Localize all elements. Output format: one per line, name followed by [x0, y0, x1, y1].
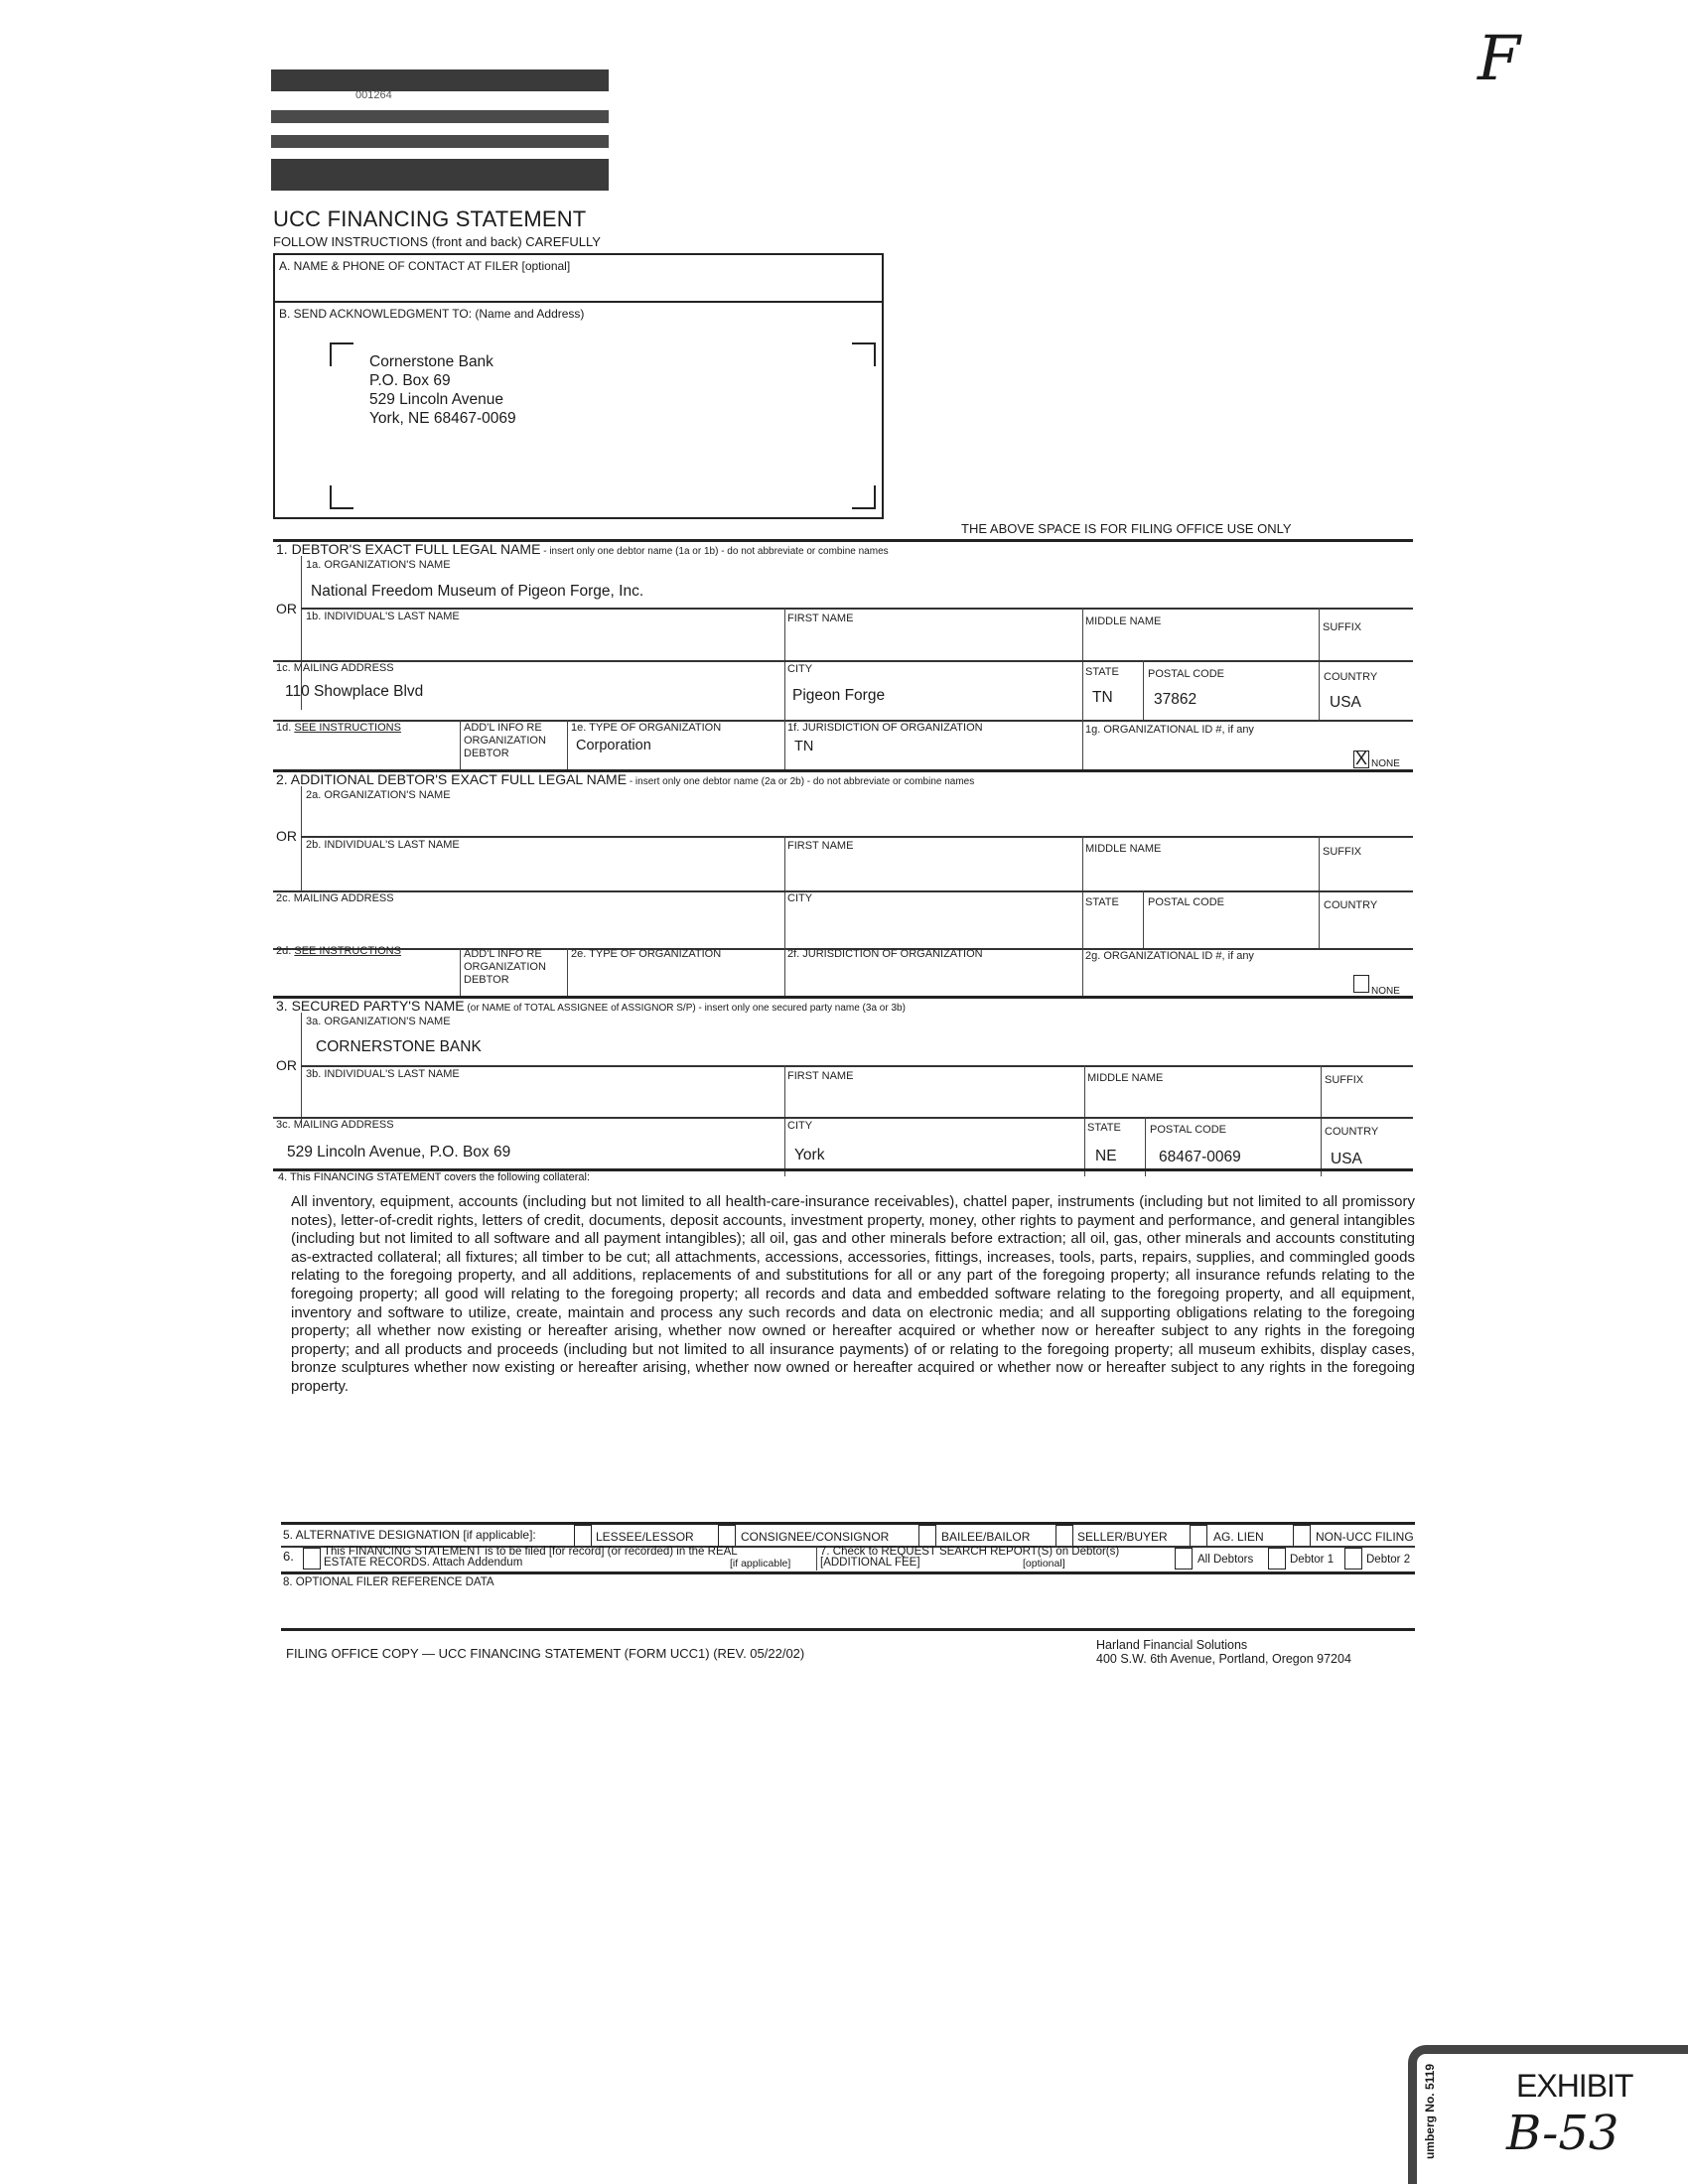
org-name-label: 2a. ORGANIZATION'S NAME: [306, 789, 451, 801]
divider: [281, 1571, 1415, 1574]
secured-party-state[interactable]: NE: [1095, 1148, 1117, 1165]
acknowledgment-address: Cornerstone Bank P.O. Box 69 529 Lincoln…: [369, 352, 516, 428]
divider: [784, 1065, 785, 1176]
divider: [784, 720, 785, 769]
postal-label: POSTAL CODE: [1148, 896, 1224, 908]
divider: [784, 948, 785, 998]
divider: [1082, 948, 1083, 998]
contact-field[interactable]: A. NAME & PHONE OF CONTACT AT FILER [opt…: [275, 255, 882, 303]
or-label: OR: [276, 1057, 297, 1073]
divider: [1319, 608, 1320, 722]
all-debtors-checkbox[interactable]: [1175, 1548, 1193, 1570]
option-label: CONSIGNEE/CONSIGNOR: [741, 1530, 889, 1544]
bailee-bailor-checkbox[interactable]: [918, 1525, 936, 1547]
state-label: STATE: [1085, 896, 1119, 908]
org-id-none-checkbox[interactable]: X: [1353, 751, 1369, 768]
redaction-bar: [271, 159, 609, 191]
section-7-text: 7. Check to REQUEST SEARCH REPORT(S) on …: [820, 1547, 1119, 1569]
divider: [1082, 836, 1083, 950]
consignee-consignor-checkbox[interactable]: [718, 1525, 736, 1547]
debtor-country[interactable]: USA: [1330, 694, 1361, 712]
mailing-address-label: 3c. MAILING ADDRESS: [276, 1119, 394, 1131]
see-instructions[interactable]: 1d. SEE INSTRUCTIONS: [276, 722, 401, 734]
last-name-label: 1b. INDIVIDUAL'S LAST NAME: [306, 611, 460, 622]
debtor-city[interactable]: Pigeon Forge: [792, 687, 885, 705]
divider: [281, 1522, 1415, 1525]
or-label: OR: [276, 828, 297, 844]
divider: [1143, 660, 1144, 722]
section-2-heading: 2. ADDITIONAL DEBTOR'S EXACT FULL LEGAL …: [276, 771, 974, 787]
mailing-address-label: 1c. MAILING ADDRESS: [276, 662, 394, 674]
collateral-description: All inventory, equipment, accounts (incl…: [291, 1193, 1415, 1397]
corner-mark: [330, 342, 353, 366]
org-type-label: 2e. TYPE OF ORGANIZATION: [571, 948, 721, 960]
address-line: York, NE 68467-0069: [369, 409, 516, 428]
acknowledgment-label: B. SEND ACKNOWLEDGMENT TO: (Name and Add…: [275, 303, 882, 325]
redacted-fragment: 001264: [355, 89, 392, 101]
see-instructions[interactable]: 2d. SEE INSTRUCTIONS: [276, 945, 401, 957]
debtor-mailing-address[interactable]: 110 Showplace Blvd: [285, 683, 423, 701]
divider: [273, 1117, 1413, 1119]
divider: [301, 1013, 302, 1122]
org-name-label: 3a. ORGANIZATION'S NAME: [306, 1016, 451, 1027]
debtor-org-type[interactable]: Corporation: [576, 738, 651, 753]
exhibit-number: B-53: [1506, 2106, 1618, 2161]
seller-buyer-checkbox[interactable]: [1055, 1525, 1073, 1547]
divider: [273, 890, 1413, 892]
secured-party-postal[interactable]: 68467-0069: [1159, 1149, 1241, 1166]
city-label: CITY: [787, 892, 812, 904]
debtor-postal[interactable]: 37862: [1154, 691, 1196, 709]
postal-label: POSTAL CODE: [1150, 1124, 1226, 1136]
address-line: Cornerstone Bank: [369, 352, 516, 371]
section-8-label: 8. OPTIONAL FILER REFERENCE DATA: [283, 1576, 494, 1588]
option-label: All Debtors: [1197, 1554, 1253, 1566]
divider: [567, 948, 568, 998]
divider: [273, 660, 1413, 662]
secured-party-mailing-address[interactable]: 529 Lincoln Avenue, P.O. Box 69: [287, 1144, 510, 1161]
non-ucc-filing-checkbox[interactable]: [1293, 1525, 1311, 1547]
last-name-label: 2b. INDIVIDUAL'S LAST NAME: [306, 839, 460, 851]
divider: [784, 836, 785, 950]
divider: [1082, 720, 1083, 769]
first-name-label: FIRST NAME: [787, 613, 853, 624]
divider: [816, 1547, 817, 1570]
secured-party-country[interactable]: USA: [1331, 1151, 1362, 1168]
middle-name-label: MIDDLE NAME: [1085, 615, 1161, 627]
country-label: COUNTRY: [1324, 899, 1377, 911]
exhibit-side-text: umberg No. 5119: [1423, 2064, 1437, 2159]
divider: [301, 786, 302, 892]
handwritten-mark: F: [1477, 22, 1520, 94]
option-label: AG. LIEN: [1213, 1530, 1264, 1544]
debtor-1-checkbox[interactable]: [1268, 1548, 1286, 1570]
option-label: BAILEE/BAILOR: [941, 1530, 1030, 1544]
option-label: Debtor 2: [1366, 1554, 1410, 1566]
option-label: NON-UCC FILING: [1316, 1530, 1414, 1544]
option-label: SELLER/BUYER: [1077, 1530, 1168, 1544]
corner-mark: [852, 342, 876, 366]
secured-party-city[interactable]: York: [794, 1147, 824, 1164]
divider: [460, 720, 461, 769]
middle-name-label: MIDDLE NAME: [1087, 1072, 1163, 1084]
address-line: P.O. Box 69: [369, 371, 516, 390]
mailing-address-label: 2c. MAILING ADDRESS: [276, 892, 394, 904]
ag-lien-checkbox[interactable]: [1190, 1525, 1207, 1547]
corner-mark: [330, 485, 353, 509]
divider: [1319, 836, 1320, 950]
divider: [1082, 608, 1083, 722]
section-6-text: This FINANCING STATEMENT is to be filed …: [324, 1547, 738, 1569]
jurisdiction-label: 2f. JURISDICTION OF ORGANIZATION: [787, 948, 983, 960]
city-label: CITY: [787, 663, 812, 675]
suffix-label: SUFFIX: [1323, 846, 1361, 858]
divider: [281, 1628, 1415, 1631]
address-line: 529 Lincoln Avenue: [369, 390, 516, 409]
country-label: COUNTRY: [1325, 1126, 1378, 1138]
footer-publisher: Harland Financial Solutions 400 S.W. 6th…: [1096, 1638, 1351, 1666]
divider: [567, 720, 568, 769]
alt-designation-label: 5. ALTERNATIVE DESIGNATION [if applicabl…: [283, 1528, 536, 1542]
divider: [1321, 1065, 1322, 1176]
lessee-lessor-checkbox[interactable]: [574, 1525, 592, 1547]
state-label: STATE: [1087, 1122, 1121, 1134]
divider: [784, 608, 785, 722]
jurisdiction-label: 1f. JURISDICTION OF ORGANIZATION: [787, 722, 983, 734]
middle-name-label: MIDDLE NAME: [1085, 843, 1161, 855]
org-id-label: 2g. ORGANIZATIONAL ID #, if any: [1085, 950, 1254, 962]
none-label: NONE: [1371, 758, 1400, 769]
section-1-heading: 1. DEBTOR'S EXACT FULL LEGAL NAME - inse…: [276, 541, 889, 557]
divider: [1084, 1065, 1085, 1176]
org-id-none-checkbox[interactable]: [1353, 975, 1369, 993]
city-label: CITY: [787, 1120, 812, 1132]
divider: [1145, 1117, 1146, 1176]
org-type-label: 1e. TYPE OF ORGANIZATION: [571, 722, 721, 734]
filer-box: A. NAME & PHONE OF CONTACT AT FILER [opt…: [273, 253, 884, 519]
contact-label: A. NAME & PHONE OF CONTACT AT FILER [opt…: [279, 259, 570, 273]
state-label: STATE: [1085, 666, 1119, 678]
divider: [460, 948, 461, 998]
corner-mark: [852, 485, 876, 509]
debtor-state[interactable]: TN: [1092, 689, 1113, 707]
secured-party-org-name[interactable]: CORNERSTONE BANK: [316, 1038, 482, 1056]
suffix-label: SUFFIX: [1323, 621, 1361, 633]
divider: [301, 1065, 1413, 1067]
debtor-jurisdiction[interactable]: TN: [794, 739, 813, 754]
suffix-label: SUFFIX: [1325, 1074, 1363, 1086]
debtor-org-name[interactable]: National Freedom Museum of Pigeon Forge,…: [311, 583, 643, 601]
last-name-label: 3b. INDIVIDUAL'S LAST NAME: [306, 1068, 460, 1080]
filing-office-note: THE ABOVE SPACE IS FOR FILING OFFICE USE…: [961, 521, 1292, 536]
form-subtitle: FOLLOW INSTRUCTIONS (front and back) CAR…: [273, 234, 601, 249]
redaction-bar: [271, 110, 609, 123]
exhibit-title: EXHIBIT: [1516, 2068, 1632, 2105]
redaction-bar: [271, 69, 609, 91]
form-title: UCC FINANCING STATEMENT: [273, 206, 586, 232]
section-3-heading: 3. SECURED PARTY'S NAME (or NAME of TOTA…: [276, 998, 906, 1014]
collateral-label: 4. This FINANCING STATEMENT covers the f…: [278, 1171, 590, 1183]
postal-label: POSTAL CODE: [1148, 668, 1224, 680]
exhibit-sticker: umberg No. 5119 EXHIBIT B-53: [1408, 2045, 1688, 2184]
option-label: LESSEE/LESSOR: [596, 1530, 694, 1544]
org-name-label: 1a. ORGANIZATION'S NAME: [306, 559, 451, 571]
addl-info-label: ADD'L INFO RE ORGANIZATION DEBTOR: [464, 722, 546, 760]
first-name-label: FIRST NAME: [787, 1070, 853, 1082]
divider: [301, 836, 1413, 838]
country-label: COUNTRY: [1324, 671, 1377, 683]
debtor-2-checkbox[interactable]: [1344, 1548, 1362, 1570]
org-id-label: 1g. ORGANIZATIONAL ID #, if any: [1085, 724, 1254, 736]
footer-form-id: FILING OFFICE COPY — UCC FINANCING STATE…: [286, 1646, 804, 1661]
first-name-label: FIRST NAME: [787, 840, 853, 852]
divider: [301, 608, 1413, 610]
section-6-number: 6.: [283, 1549, 294, 1564]
addl-info-label: ADD'L INFO RE ORGANIZATION DEBTOR: [464, 948, 546, 987]
redaction-bar: [271, 135, 609, 148]
section-7-optional: [optional]: [1023, 1558, 1065, 1570]
real-estate-records-checkbox[interactable]: [303, 1548, 321, 1570]
divider: [1143, 890, 1144, 950]
section-6-if-applicable: [if applicable]: [730, 1558, 790, 1570]
or-label: OR: [276, 601, 297, 616]
option-label: Debtor 1: [1290, 1554, 1334, 1566]
